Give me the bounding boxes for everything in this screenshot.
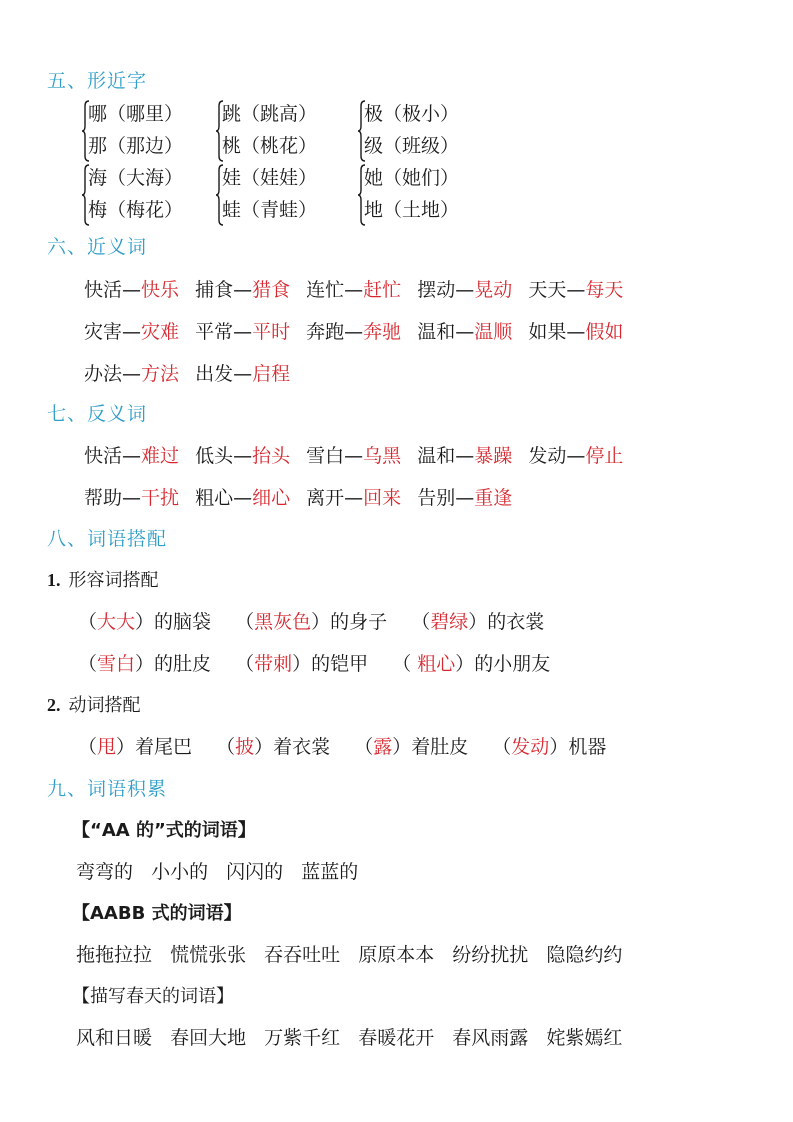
- similar-char-line: 极（极小）: [364, 98, 459, 130]
- matching-item: （大大）的脑袋: [78, 607, 211, 634]
- brace-icon: [358, 164, 364, 224]
- synonym-row: 灾害—灾难 平常—平时 奔跑—奔驰 温和—温顺 如果—假如: [84, 317, 633, 344]
- subheading-verb-matching: 2.动词搭配: [47, 691, 141, 717]
- document-page: 五、形近字 哪（哪里） 那（那边） 跳（跳高） 桃（桃花） 极（极小） 级（班级…: [0, 0, 793, 1122]
- word-item: 春风雨露: [452, 1023, 528, 1050]
- antonym-row: 帮助—干扰 粗心—细心 离开—回来 告别—重逢: [84, 483, 522, 510]
- synonym-pair: 奔跑—奔驰: [306, 317, 401, 344]
- brace-icon: [82, 100, 88, 160]
- section-heading-five: 五、形近字: [47, 66, 147, 93]
- matching-item: （ 粗心）的小朋友: [392, 649, 550, 676]
- aabb-words-title: 【AABB 式的词语】: [72, 899, 242, 925]
- antonym-pair: 离开—回来: [306, 483, 401, 510]
- similar-char-line: 桃（桃花）: [222, 130, 317, 162]
- aa-words-title: 【“AA 的”式的词语】: [72, 816, 256, 842]
- matching-item: （碧绿）的衣裳: [411, 607, 544, 634]
- word-item: 拖拖拉拉: [76, 940, 152, 967]
- matching-item: （披）着衣裳: [216, 732, 330, 759]
- similar-char-group: 娃（娃娃） 蛙（青蛙）: [222, 162, 317, 226]
- verb-matching-row: （甩）着尾巴 （披）着衣裳 （露）着肚皮 （发动）机器: [78, 732, 624, 759]
- synonym-row: 办法—方法 出发—启程: [84, 359, 300, 386]
- word-item: 万紫千红: [264, 1023, 340, 1050]
- similar-char-group: 海（大海） 梅（梅花）: [88, 162, 183, 226]
- similar-char-line: 级（班级）: [364, 130, 459, 162]
- antonym-pair: 温和—暴躁: [417, 441, 512, 468]
- synonym-pair: 快活—快乐: [84, 275, 179, 302]
- word-item: 吞吞吐吐: [264, 940, 340, 967]
- matching-item: （发动）机器: [492, 732, 606, 759]
- word-item: 闪闪的: [226, 857, 283, 884]
- similar-char-group: 跳（跳高） 桃（桃花）: [222, 98, 317, 162]
- word-item: 弯弯的: [76, 857, 133, 884]
- word-item: 慌慌张张: [170, 940, 246, 967]
- aabb-words-row: 拖拖拉拉 慌慌张张 吞吞吐吐 原原本本 纷纷扰扰 隐隐约约: [76, 940, 634, 967]
- brace-icon: [216, 100, 222, 160]
- synonym-pair: 办法—方法: [84, 359, 179, 386]
- adjective-matching-row: （大大）的脑袋 （黑灰色）的身子 （碧绿）的衣裳: [78, 607, 562, 634]
- synonym-pair: 灾害—灾难: [84, 317, 179, 344]
- word-item: 纷纷扰扰: [452, 940, 528, 967]
- synonym-pair: 摆动—晃动: [417, 275, 512, 302]
- word-item: 小小的: [151, 857, 208, 884]
- word-item: 隐隐约约: [546, 940, 622, 967]
- similar-char-line: 哪（哪里）: [88, 98, 183, 130]
- antonym-pair: 粗心—细心: [195, 483, 290, 510]
- matching-item: （甩）着尾巴: [78, 732, 192, 759]
- section-heading-nine: 九、词语积累: [47, 774, 167, 801]
- synonym-pair: 天天—每天: [528, 275, 623, 302]
- adjective-matching-row: （雪白）的肚皮 （带刺）的铠甲 （ 粗心）的小朋友: [78, 649, 568, 676]
- similar-char-line: 蛙（青蛙）: [222, 194, 317, 226]
- word-item: 风和日暖: [76, 1023, 152, 1050]
- similar-char-group: 哪（哪里） 那（那边）: [88, 98, 183, 162]
- synonym-pair: 如果—假如: [528, 317, 623, 344]
- word-item: 原原本本: [358, 940, 434, 967]
- synonym-row: 快活—快乐 捕食—猎食 连忙—赶忙 摆动—晃动 天天—每天: [84, 275, 633, 302]
- similar-char-line: 地（土地）: [364, 194, 459, 226]
- section-heading-eight: 八、词语搭配: [47, 524, 167, 551]
- brace-icon: [82, 164, 88, 224]
- matching-item: （黑灰色）的身子: [235, 607, 387, 634]
- brace-icon: [358, 100, 364, 160]
- antonym-pair: 低头—抬头: [195, 441, 290, 468]
- similar-char-line: 海（大海）: [88, 162, 183, 194]
- spring-words-row: 风和日暖 春回大地 万紫千红 春暖花开 春风雨露 姹紫嫣红: [76, 1023, 634, 1050]
- matching-item: （带刺）的铠甲: [235, 649, 368, 676]
- synonym-pair: 连忙—赶忙: [306, 275, 401, 302]
- section-heading-seven: 七、反义词: [47, 399, 147, 426]
- similar-char-line: 跳（跳高）: [222, 98, 317, 130]
- similar-char-line: 娃（娃娃）: [222, 162, 317, 194]
- word-item: 春回大地: [170, 1023, 246, 1050]
- antonym-pair: 告别—重逢: [417, 483, 512, 510]
- similar-char-line: 她（她们）: [364, 162, 459, 194]
- brace-icon: [216, 164, 222, 224]
- antonym-pair: 雪白—乌黑: [306, 441, 401, 468]
- section-heading-six: 六、近义词: [47, 232, 147, 259]
- word-item: 春暖花开: [358, 1023, 434, 1050]
- similar-char-line: 梅（梅花）: [88, 194, 183, 226]
- aa-words-row: 弯弯的 小小的 闪闪的 蓝蓝的: [76, 857, 370, 884]
- synonym-pair: 出发—启程: [195, 359, 290, 386]
- synonym-pair: 平常—平时: [195, 317, 290, 344]
- similar-char-group: 极（极小） 级（班级）: [364, 98, 459, 162]
- synonym-pair: 捕食—猎食: [195, 275, 290, 302]
- matching-item: （雪白）的肚皮: [78, 649, 211, 676]
- matching-item: （露）着肚皮: [354, 732, 468, 759]
- similar-char-group: 她（她们） 地（土地）: [364, 162, 459, 226]
- spring-words-title: 【描写春天的词语】: [72, 982, 234, 1008]
- antonym-pair: 快活—难过: [84, 441, 179, 468]
- similar-char-line: 那（那边）: [88, 130, 183, 162]
- antonym-row: 快活—难过 低头—抬头 雪白—乌黑 温和—暴躁 发动—停止: [84, 441, 633, 468]
- synonym-pair: 温和—温顺: [417, 317, 512, 344]
- antonym-pair: 发动—停止: [528, 441, 623, 468]
- word-item: 姹紫嫣红: [546, 1023, 622, 1050]
- subheading-adjective-matching: 1.形容词搭配: [47, 566, 159, 592]
- antonym-pair: 帮助—干扰: [84, 483, 179, 510]
- word-item: 蓝蓝的: [301, 857, 358, 884]
